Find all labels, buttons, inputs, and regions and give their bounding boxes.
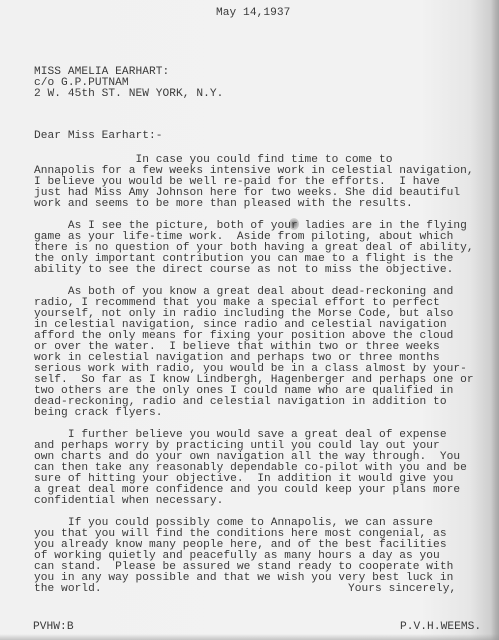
paper-edge-shadow [491, 0, 499, 640]
typist-initials: PVHW:B [33, 622, 74, 633]
body-line: work and seems to be more than pleased w… [34, 199, 413, 210]
closing: Yours sincerely, [348, 584, 456, 595]
body-line: ability to see the direct course as not … [34, 265, 453, 276]
salutation: Dear Miss Earhart:- [34, 131, 163, 142]
body-line: the world. [34, 584, 102, 595]
letter-page: May 14,1937 MISS AMELIA EARHART: c/o G.P… [0, 0, 499, 640]
signer-name: P.V.H.WEEMS. [400, 622, 481, 633]
paper-bottom-shadow [0, 634, 499, 640]
body-line: being crack flyers. [34, 408, 163, 419]
letter-date: May 14,1937 [216, 8, 290, 19]
recipient-line: 2 W. 45th ST. NEW YORK, N.Y. [34, 89, 223, 100]
body-line: confidential when necessary. [34, 496, 223, 507]
